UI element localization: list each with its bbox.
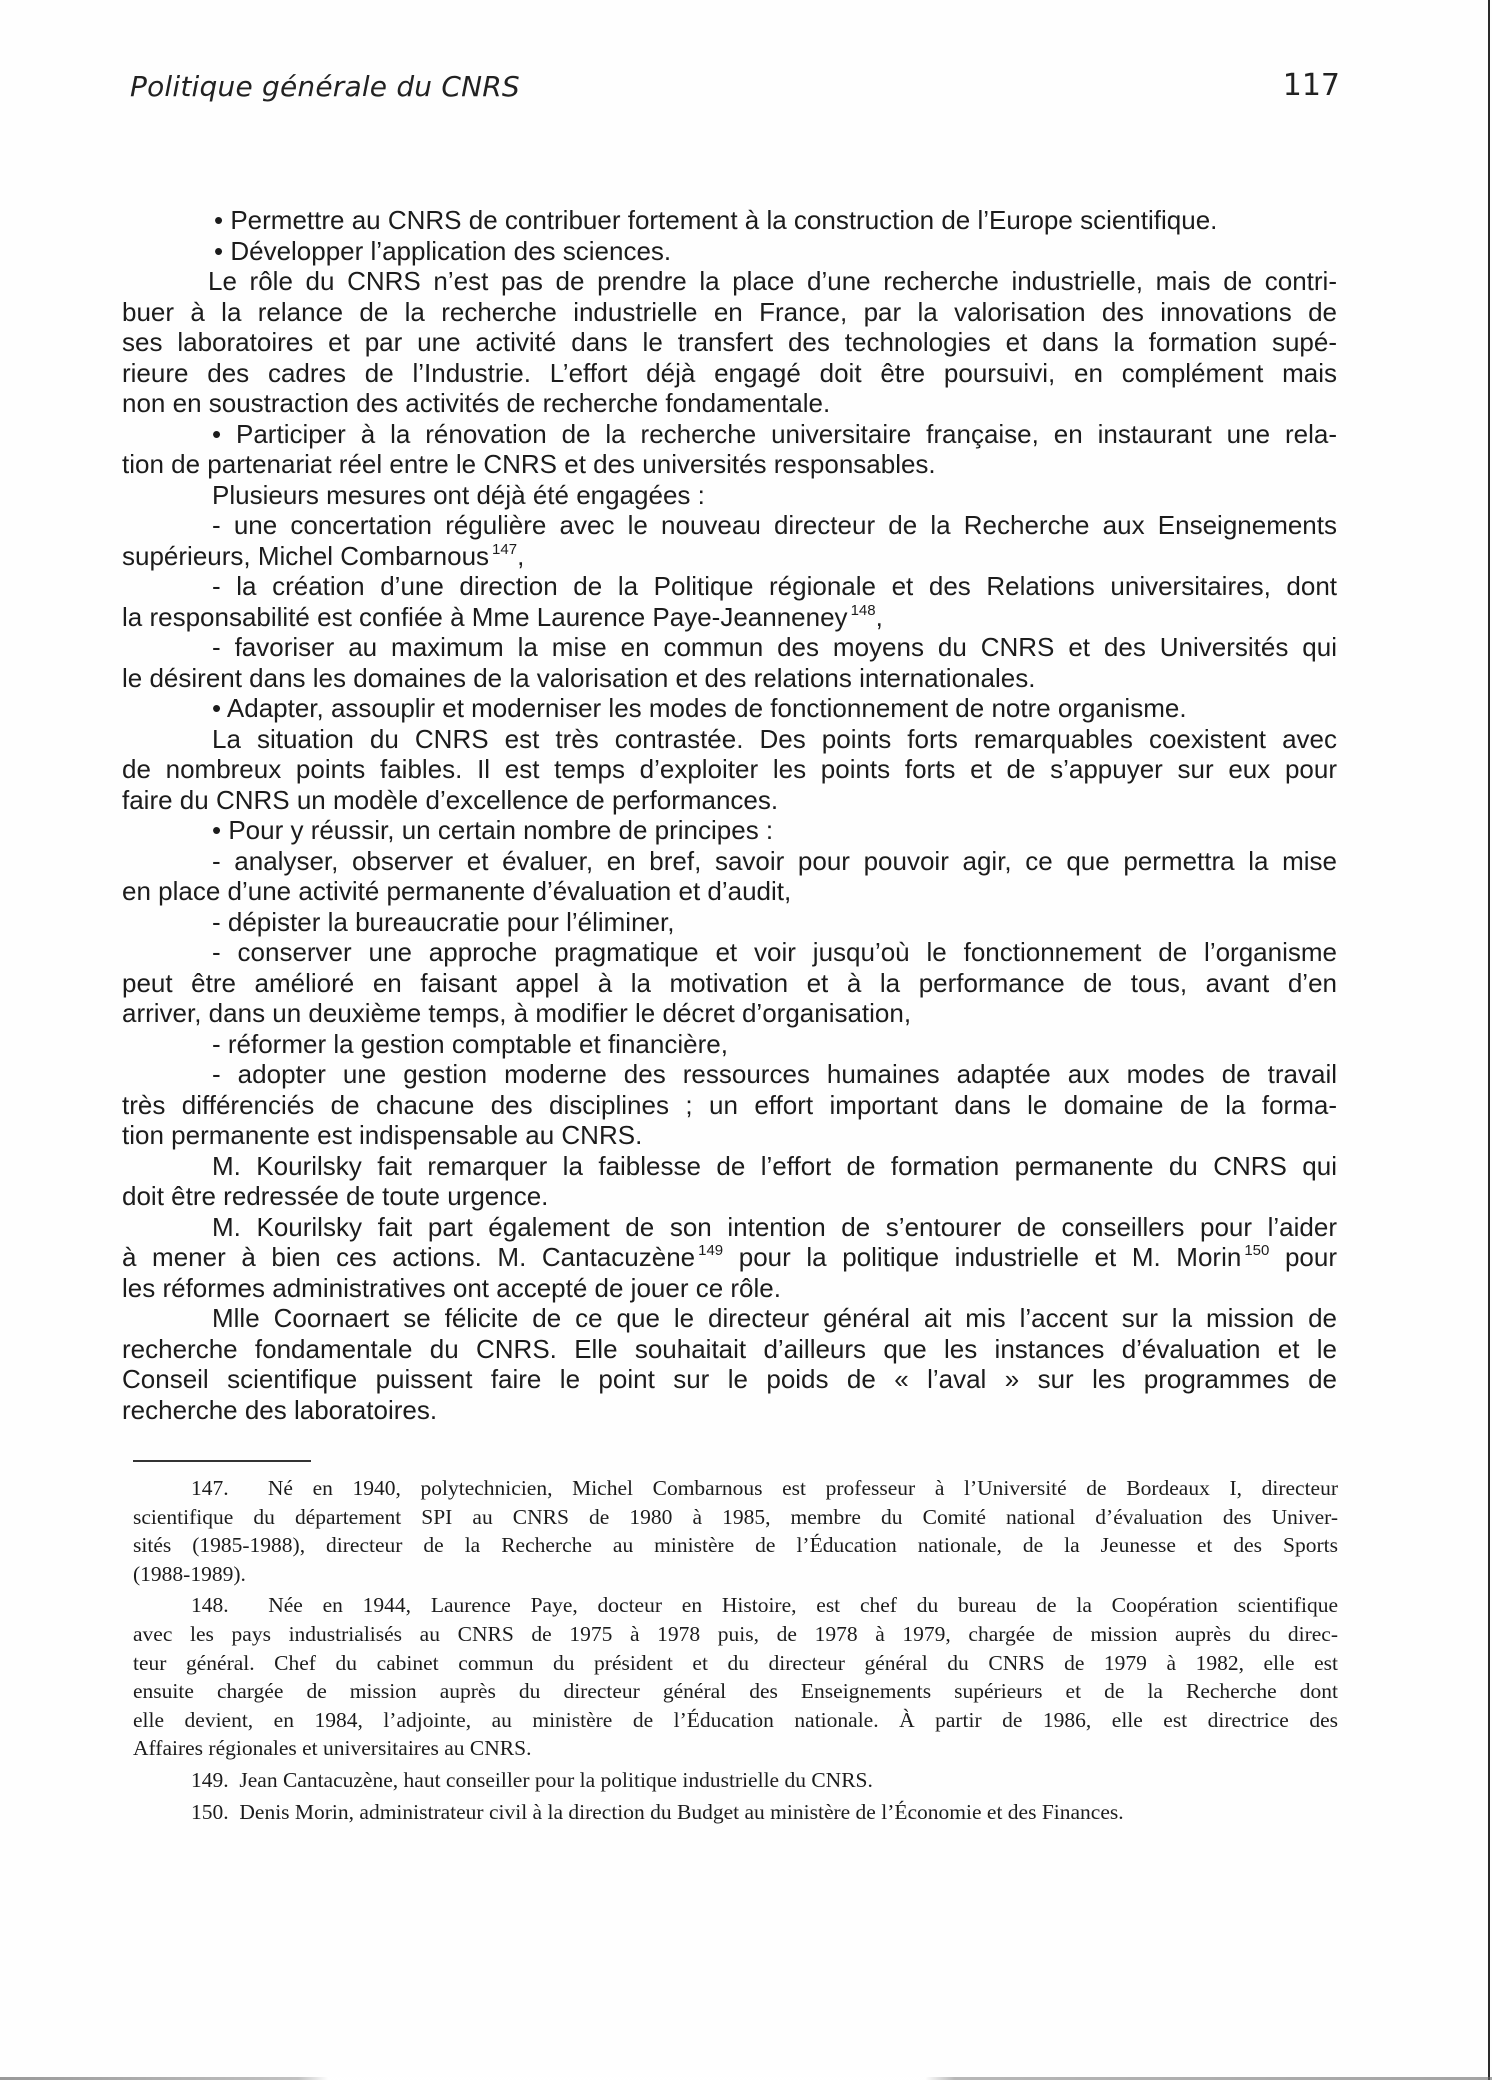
body-line-text: - analyser, observer et évaluer, en bref… bbox=[212, 846, 1337, 876]
footnote-reference[interactable]: 147 bbox=[492, 541, 517, 558]
body-line-text: pour la politique industrielle et M. Mor… bbox=[723, 1242, 1241, 1272]
body-line-text: , bbox=[517, 541, 524, 571]
body-line-text: Plusieurs mesures ont déjà été engagées … bbox=[212, 480, 705, 510]
body-line-text: - conserver une approche pragmatique et … bbox=[212, 937, 1337, 967]
body-line-text: - adopter une gestion moderne des ressou… bbox=[212, 1059, 1337, 1089]
body-text: • Permettre au CNRS de contribuer fortem… bbox=[122, 205, 1337, 1425]
body-line: buer à la relance de la recherche indust… bbox=[122, 297, 1337, 328]
body-line: • Permettre au CNRS de contribuer fortem… bbox=[122, 205, 1337, 236]
body-line: • Développer l’application des sciences. bbox=[122, 236, 1337, 267]
body-line-text: - dépister la bureaucratie pour l’élimin… bbox=[212, 907, 674, 937]
body-line: supérieurs, Michel Combarnous147, bbox=[122, 541, 1337, 572]
body-line-text: M. Kourilsky fait part également de son … bbox=[212, 1212, 1337, 1242]
body-line-text: - une concertation régulière avec le nou… bbox=[212, 510, 1337, 540]
body-line: non en soustraction des activités de rec… bbox=[122, 388, 1337, 419]
body-line-text: à mener à bien ces actions. M. Cantacuzè… bbox=[122, 1242, 695, 1272]
body-line-text: • Pour y réussir, un certain nombre de p… bbox=[212, 815, 773, 845]
body-line: Conseil scientifique puissent faire le p… bbox=[122, 1364, 1337, 1395]
footnote-reference[interactable]: 149 bbox=[698, 1242, 723, 1259]
body-line: - une concertation régulière avec le nou… bbox=[122, 510, 1337, 541]
footnote-line: 147. Né en 1940, polytechnicien, Michel … bbox=[133, 1474, 1338, 1503]
footnote-line: avec les pays industrialisés au CNRS de … bbox=[133, 1620, 1338, 1649]
body-line: - conserver une approche pragmatique et … bbox=[122, 937, 1337, 968]
footnote-text: teur général. Chef du cabinet commun du … bbox=[133, 1651, 1338, 1675]
footnote-line: teur général. Chef du cabinet commun du … bbox=[133, 1649, 1338, 1678]
body-line: ses laboratoires et par une activité dan… bbox=[122, 327, 1337, 358]
footnote-text: Jean Cantacuzène, haut conseiller pour l… bbox=[239, 1768, 873, 1792]
body-line-text: supérieurs, Michel Combarnous bbox=[122, 541, 489, 571]
body-line: très différenciés de chacune des discipl… bbox=[122, 1090, 1337, 1121]
body-line: doit être redressée de toute urgence. bbox=[122, 1181, 1337, 1212]
footnote-text: (1988-1989). bbox=[133, 1562, 246, 1586]
footnote-text: Affaires régionales et universitaires au… bbox=[133, 1736, 531, 1760]
body-line: - dépister la bureaucratie pour l’élimin… bbox=[122, 907, 1337, 938]
footnote-149: 149. Jean Cantacuzène, haut conseiller p… bbox=[133, 1766, 1338, 1795]
body-line: M. Kourilsky fait part également de son … bbox=[122, 1212, 1337, 1243]
footnote-line: (1988-1989). bbox=[133, 1560, 1338, 1589]
footnote-line: 149. Jean Cantacuzène, haut conseiller p… bbox=[133, 1766, 1338, 1795]
body-line: • Adapter, assouplir et moderniser les m… bbox=[122, 693, 1337, 724]
body-line: Mlle Coornaert se félicite de ce que le … bbox=[122, 1303, 1337, 1334]
body-line-text: Conseil scientifique puissent faire le p… bbox=[122, 1364, 1337, 1394]
body-line-text: • Adapter, assouplir et moderniser les m… bbox=[212, 693, 1187, 723]
body-line: recherche des laboratoires. bbox=[122, 1395, 1337, 1426]
footnote-gap bbox=[133, 1826, 1338, 1829]
footnote-line: 148. Née en 1944, Laurence Paye, docteur… bbox=[133, 1591, 1338, 1620]
footnote-line: elle devient, en 1984, l’adjointe, au mi… bbox=[133, 1706, 1338, 1735]
body-line-text: La situation du CNRS est très contrastée… bbox=[212, 724, 1337, 754]
page-number: 117 bbox=[1283, 68, 1340, 103]
body-line-text: • Participer à la rénovation de la reche… bbox=[212, 419, 1337, 449]
body-line: • Participer à la rénovation de la reche… bbox=[122, 419, 1337, 450]
body-line-text: la responsabilité est confiée à Mme Laur… bbox=[122, 602, 848, 632]
body-line-text: ses laboratoires et par une activité dan… bbox=[122, 327, 1337, 357]
footnote-separator bbox=[133, 1460, 311, 1462]
footnote-reference[interactable]: 150 bbox=[1244, 1242, 1269, 1259]
body-line-text: doit être redressée de toute urgence. bbox=[122, 1181, 548, 1211]
footnote-150: 150. Denis Morin, administrateur civil à… bbox=[133, 1798, 1338, 1827]
footnote-text: elle devient, en 1984, l’adjointe, au mi… bbox=[133, 1708, 1338, 1732]
body-line-text: M. Kourilsky fait remarquer la faiblesse… bbox=[212, 1151, 1337, 1181]
footnote-text: ensuite chargée de mission auprès du dir… bbox=[133, 1679, 1338, 1703]
body-line-text: • Développer l’application des sciences. bbox=[214, 236, 671, 266]
body-line: - adopter une gestion moderne des ressou… bbox=[122, 1059, 1337, 1090]
body-line: rieure des cadres de l’Industrie. L’effo… bbox=[122, 358, 1337, 389]
body-line: à mener à bien ces actions. M. Cantacuzè… bbox=[122, 1242, 1337, 1273]
body-line-text: très différenciés de chacune des discipl… bbox=[122, 1090, 1337, 1120]
body-line-text: tion de partenariat réel entre le CNRS e… bbox=[122, 449, 936, 479]
body-line-text: rieure des cadres de l’Industrie. L’effo… bbox=[122, 358, 1337, 388]
footnote-text: Née en 1944, Laurence Paye, docteur en H… bbox=[268, 1593, 1338, 1617]
body-line: tion de partenariat réel entre le CNRS e… bbox=[122, 449, 1337, 480]
footnote-number: 149. bbox=[191, 1768, 229, 1792]
body-line: la responsabilité est confiée à Mme Laur… bbox=[122, 602, 1337, 633]
body-line: le désirent dans les domaines de la valo… bbox=[122, 663, 1337, 694]
body-line: les réformes administratives ont accepté… bbox=[122, 1273, 1337, 1304]
footnote-text: Denis Morin, administrateur civil à la d… bbox=[239, 1800, 1123, 1824]
body-line-text: de nombreux points faibles. Il est temps… bbox=[122, 754, 1337, 784]
body-line: - favoriser au maximum la mise en commun… bbox=[122, 632, 1337, 663]
body-line-text: • Permettre au CNRS de contribuer fortem… bbox=[214, 205, 1217, 235]
footnote-line: scientifique du département SPI au CNRS … bbox=[133, 1503, 1338, 1532]
body-line: de nombreux points faibles. Il est temps… bbox=[122, 754, 1337, 785]
body-line-text: non en soustraction des activités de rec… bbox=[122, 388, 830, 418]
footnote-line: 150. Denis Morin, administrateur civil à… bbox=[133, 1798, 1338, 1827]
body-line: arriver, dans un deuxième temps, à modif… bbox=[122, 998, 1337, 1029]
body-line-text: peut être amélioré en faisant appel à la… bbox=[122, 968, 1337, 998]
body-line-text: pour bbox=[1269, 1242, 1337, 1272]
body-line: faire du CNRS un modèle d’excellence de … bbox=[122, 785, 1337, 816]
footnote-number: 148. bbox=[191, 1593, 229, 1617]
running-title: Politique générale du CNRS bbox=[130, 70, 520, 103]
footnote-text: avec les pays industrialisés au CNRS de … bbox=[133, 1622, 1338, 1646]
body-line-text: en place d’une activité permanente d’éva… bbox=[122, 876, 791, 906]
body-line: en place d’une activité permanente d’éva… bbox=[122, 876, 1337, 907]
body-line-text: - réformer la gestion comptable et finan… bbox=[212, 1029, 728, 1059]
body-line-text: buer à la relance de la recherche indust… bbox=[122, 297, 1337, 327]
body-line: - réformer la gestion comptable et finan… bbox=[122, 1029, 1337, 1060]
footnote-text: scientifique du département SPI au CNRS … bbox=[133, 1505, 1338, 1529]
body-line-text: arriver, dans un deuxième temps, à modif… bbox=[122, 998, 911, 1028]
body-line: - analyser, observer et évaluer, en bref… bbox=[122, 846, 1337, 877]
body-line-text: recherche fondamentale du CNRS. Elle sou… bbox=[122, 1334, 1337, 1364]
footnote-148: 148. Née en 1944, Laurence Paye, docteur… bbox=[133, 1591, 1338, 1763]
body-line-text: tion permanente est indispensable au CNR… bbox=[122, 1120, 642, 1150]
footnote-line: ensuite chargée de mission auprès du dir… bbox=[133, 1677, 1338, 1706]
body-line-text: - la création d’une direction de la Poli… bbox=[212, 571, 1337, 601]
footnote-text: sités (1985-1988), directeur de la Reche… bbox=[133, 1533, 1338, 1557]
body-line: - la création d’une direction de la Poli… bbox=[122, 571, 1337, 602]
body-line-text: faire du CNRS un modèle d’excellence de … bbox=[122, 785, 778, 815]
body-line: La situation du CNRS est très contrastée… bbox=[122, 724, 1337, 755]
body-line-text: Mlle Coornaert se félicite de ce que le … bbox=[212, 1303, 1337, 1333]
body-line-text: - favoriser au maximum la mise en commun… bbox=[212, 632, 1337, 662]
body-line: tion permanente est indispensable au CNR… bbox=[122, 1120, 1337, 1151]
body-line: • Pour y réussir, un certain nombre de p… bbox=[122, 815, 1337, 846]
footnote-reference[interactable]: 148 bbox=[851, 602, 876, 619]
body-line-text: les réformes administratives ont accepté… bbox=[122, 1273, 781, 1303]
book-page: Politique générale du CNRS 117 • Permett… bbox=[0, 0, 1492, 2080]
scan-edge-right bbox=[1488, 0, 1490, 2080]
body-line-text: , bbox=[876, 602, 883, 632]
body-line: Plusieurs mesures ont déjà été engagées … bbox=[122, 480, 1337, 511]
footnote-147: 147. Né en 1940, polytechnicien, Michel … bbox=[133, 1474, 1338, 1588]
body-line-text: le désirent dans les domaines de la valo… bbox=[122, 663, 1035, 693]
footnote-text: Né en 1940, polytechnicien, Michel Comba… bbox=[268, 1476, 1338, 1500]
footnotes: 147. Né en 1940, polytechnicien, Michel … bbox=[133, 1474, 1338, 1829]
body-line: M. Kourilsky fait remarquer la faiblesse… bbox=[122, 1151, 1337, 1182]
footnote-number: 150. bbox=[191, 1800, 229, 1824]
body-line-text: Le rôle du CNRS n’est pas de prendre la … bbox=[208, 266, 1337, 296]
body-line: recherche fondamentale du CNRS. Elle sou… bbox=[122, 1334, 1337, 1365]
footnote-line: sités (1985-1988), directeur de la Reche… bbox=[133, 1531, 1338, 1560]
body-line: Le rôle du CNRS n’est pas de prendre la … bbox=[122, 266, 1337, 297]
footnote-number: 147. bbox=[191, 1476, 229, 1500]
body-line-text: recherche des laboratoires. bbox=[122, 1395, 437, 1425]
body-line: peut être amélioré en faisant appel à la… bbox=[122, 968, 1337, 999]
footnote-line: Affaires régionales et universitaires au… bbox=[133, 1734, 1338, 1763]
